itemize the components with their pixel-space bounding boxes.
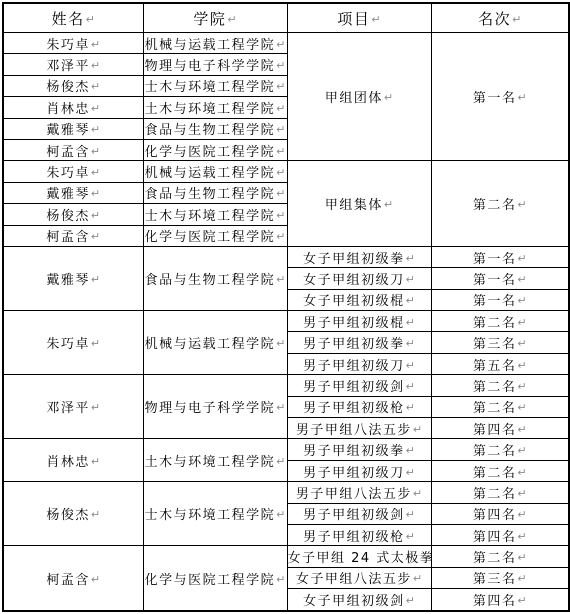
header-college: 学院↵ [143, 3, 287, 33]
pilcrow-mark: ↵ [276, 187, 285, 200]
header-event: 项目↵ [287, 3, 431, 33]
pilcrow-mark: ↵ [384, 91, 393, 104]
rank-text: 第二名 [473, 312, 517, 331]
college-cell: 机械与运载工程学院↵ [143, 311, 287, 375]
college-text: 土木与环境工程学院 [145, 98, 276, 117]
rank-cell: 第三名↵ [431, 332, 569, 353]
pilcrow-mark: ↵ [91, 337, 100, 350]
rank-text: 第四名 [473, 419, 517, 438]
table-row: 肖林忠↵ 土木与环境工程学院↵ 男子甲组初级拳↵ 第二名↵ [3, 439, 569, 460]
college-text: 食品与生物工程学院 [145, 269, 276, 288]
event-text: 男子甲组初级棍 [303, 312, 405, 331]
pilcrow-mark: ↵ [276, 80, 285, 93]
event-cell: 女子甲组初级刀↵ [287, 268, 431, 289]
event-cell: 女子甲组初级棍↵ [287, 289, 431, 310]
event-cell: 男子甲组初级枪↵ [287, 524, 431, 545]
pilcrow-mark: ↵ [91, 38, 100, 51]
rank-text: 第二名 [473, 194, 517, 213]
rank-cell: 第五名↵ [431, 353, 569, 374]
pilcrow-mark: ↵ [517, 380, 526, 393]
header-college-text: 学院 [193, 8, 226, 29]
rank-cell: 第二名↵ [431, 460, 569, 481]
rank-cell: 第二名↵ [431, 375, 569, 396]
rank-text: 第二名 [473, 376, 517, 395]
pilcrow-mark: ↵ [517, 594, 526, 607]
college-text: 士木与环境工程学院 [145, 504, 276, 523]
pilcrow-mark: ↵ [91, 187, 100, 200]
pilcrow-mark: ↵ [406, 273, 415, 286]
name-text: 杨俊杰 [46, 205, 90, 224]
name-text: 柯孟含 [46, 569, 90, 588]
rank-cell: 第二名↵ [431, 546, 569, 567]
pilcrow-mark: ↵ [91, 102, 100, 115]
pilcrow-mark: ↵ [276, 102, 285, 115]
pilcrow-mark: ↵ [406, 337, 415, 350]
pilcrow-mark: ↵ [276, 166, 285, 179]
name-text: 戴雅琴 [46, 183, 90, 202]
college-cell: 士木与环境工程学院↵ [143, 482, 287, 546]
college-cell: 化学与医院工程学院↵ [143, 139, 287, 160]
pilcrow-mark: ↵ [517, 316, 526, 329]
rank-cell: 第一名↵ [431, 246, 569, 267]
rank-text: 第一名 [473, 87, 517, 106]
event-text: 女子甲组初级棍 [303, 290, 405, 309]
college-cell: 物理与电子科学学院↵ [143, 54, 287, 75]
pilcrow-mark: ↵ [406, 294, 415, 307]
rank-text: 第二名 [473, 462, 517, 481]
college-text: 化学与医院工程学院 [145, 141, 276, 160]
rank-cell: 第一名↵ [431, 268, 569, 289]
pilcrow-mark: ↵ [276, 230, 285, 243]
table-row: 朱巧卓↵ 机械与运载工程学院↵ 甲组集体↵ 第二名↵ [3, 161, 569, 182]
college-cell: 士木与环境工程学院↵ [143, 75, 287, 96]
name-cell: 柯孟含↵ [3, 225, 143, 246]
name-cell: 杨俊杰↵ [3, 482, 143, 546]
pilcrow-mark: ↵ [91, 508, 100, 521]
pilcrow-mark: ↵ [517, 423, 526, 436]
pilcrow-mark: ↵ [406, 444, 415, 457]
results-table: 姓名↵ 学院↵ 项目↵ 名次↵ 朱巧卓↵ 机械与运载工程学院↵ 甲组团体↵ 第一… [2, 2, 570, 612]
pilcrow-mark: ↵ [384, 198, 393, 211]
table-row: 朱巧卓↵ 机械与运载工程学院↵ 男子甲组初级棍↵ 第二名↵ [3, 311, 569, 332]
name-text: 柯孟含 [46, 226, 90, 245]
pilcrow-mark: ↵ [91, 573, 100, 586]
event-cell: 男子甲组初级剑↵ [287, 375, 431, 396]
name-text: 肖林忠 [46, 98, 90, 117]
pilcrow-mark: ↵ [413, 572, 422, 585]
name-cell: 戴雅琴↵ [3, 182, 143, 203]
pilcrow-mark: ↵ [91, 145, 100, 158]
pilcrow-mark: ↵ [276, 38, 285, 51]
event-text: 女子甲组初级拳 [303, 248, 405, 267]
pilcrow-mark: ↵ [517, 508, 526, 521]
pilcrow-mark: ↵ [91, 209, 100, 222]
event-cell: 甲组集体↵ [287, 161, 431, 247]
event-cell: 男子甲组初级刀↵ [287, 460, 431, 481]
name-cell: 朱巧卓↵ [3, 33, 143, 54]
college-cell: 食品与生物工程学院↵ [143, 118, 287, 139]
name-cell: 柯孟含↵ [3, 546, 143, 611]
pilcrow-mark: ↵ [517, 487, 526, 500]
pilcrow-mark: ↵ [276, 123, 285, 136]
rank-text: 第四名 [473, 504, 517, 523]
pilcrow-mark: ↵ [406, 401, 415, 414]
pilcrow-mark: ↵ [91, 123, 100, 136]
name-cell: 邓泽平↵ [3, 375, 143, 439]
event-text: 男子甲组初级刀 [303, 462, 405, 481]
pilcrow-mark: ↵ [276, 145, 285, 158]
pilcrow-mark: ↵ [91, 273, 100, 286]
table-row: 邓泽平↵ 物理与电子科学学院↵ 男子甲组初级剑↵ 第二名↵ [3, 375, 569, 396]
header-name: 姓名↵ [3, 3, 143, 33]
rank-text: 第四名 [473, 526, 517, 545]
event-cell: 女子甲组 24 式太极拳↵ [287, 546, 431, 567]
pilcrow-mark: ↵ [91, 230, 100, 243]
event-text: 男子甲组初级拳 [303, 440, 405, 459]
rank-cell: 第二名↵ [431, 161, 569, 247]
college-cell: 士木与环境工程学院↵ [143, 204, 287, 225]
event-text: 男子甲组初级枪 [303, 397, 405, 416]
college-cell: 食品与生物工程学院↵ [143, 246, 287, 310]
pilcrow-mark: ↵ [276, 337, 285, 350]
college-cell: 食品与生物工程学院↵ [143, 182, 287, 203]
event-text: 女子甲组初级剑 [303, 590, 405, 609]
event-text: 甲组团体 [325, 87, 383, 106]
table-header-row: 姓名↵ 学院↵ 项目↵ 名次↵ [3, 3, 569, 33]
event-cell: 女子甲组八法五步↵ [287, 567, 431, 588]
event-cell: 男子甲组八法五步↵ [287, 482, 431, 503]
event-cell: 甲组团体↵ [287, 33, 431, 161]
college-text: 化学与医院工程学院 [145, 226, 276, 245]
name-cell: 戴雅琴↵ [3, 246, 143, 310]
event-text: 男子甲组八法五步 [296, 483, 412, 502]
event-cell: 男子甲组初级拳↵ [287, 332, 431, 353]
rank-text: 第五名 [473, 355, 517, 374]
pilcrow-mark: ↵ [406, 380, 415, 393]
college-text: 食品与生物工程学院 [145, 119, 276, 138]
pilcrow-mark: ↵ [406, 530, 415, 543]
rank-text: 第三名 [473, 568, 517, 587]
event-cell: 男子甲组初级剑↵ [287, 503, 431, 524]
header-rank: 名次↵ [431, 3, 569, 33]
rank-cell: 第四名↵ [431, 503, 569, 524]
rank-text: 第四名 [473, 590, 517, 609]
college-text: 机械与运载工程学院 [145, 34, 276, 53]
college-cell: 化学与医院工程学院↵ [143, 546, 287, 611]
name-text: 杨俊杰 [46, 76, 90, 95]
name-cell: 杨俊杰↵ [3, 204, 143, 225]
name-cell: 肖林忠↵ [3, 97, 143, 118]
name-cell: 戴雅琴↵ [3, 118, 143, 139]
event-text: 男子甲组初级剑 [303, 504, 405, 523]
pilcrow-mark: ↵ [406, 359, 415, 372]
college-text: 物理与电子科学学院 [145, 55, 276, 74]
event-text: 男子甲组初级拳 [303, 333, 405, 352]
name-cell: 柯孟含↵ [3, 139, 143, 160]
rank-text: 第二名 [473, 483, 517, 502]
name-text: 邓泽平 [46, 55, 90, 74]
rank-text: 第二名 [473, 440, 517, 459]
rank-text: 第三名 [473, 333, 517, 352]
name-text: 肖林忠 [46, 451, 90, 470]
name-cell: 朱巧卓↵ [3, 161, 143, 182]
name-text: 柯孟含 [46, 141, 90, 160]
header-name-text: 姓名 [52, 8, 85, 29]
college-text: 化学与医院工程学院 [145, 569, 276, 588]
rank-text: 第一名 [473, 269, 517, 288]
name-text: 朱巧卓 [46, 34, 90, 53]
pilcrow-mark: ↵ [406, 252, 415, 265]
header-event-text: 项目 [337, 8, 370, 29]
name-text: 戴雅琴 [46, 269, 90, 288]
rank-text: 第一名 [473, 248, 517, 267]
pilcrow-mark: ↵ [413, 487, 422, 500]
event-text: 男子甲组初级剑 [303, 376, 405, 395]
rank-cell: 第三名↵ [431, 567, 569, 588]
pilcrow-mark: ↵ [227, 13, 236, 26]
name-cell: 邓泽平↵ [3, 54, 143, 75]
pilcrow-mark: ↵ [86, 13, 95, 26]
name-text: 杨俊杰 [46, 504, 90, 523]
college-text: 机械与运载工程学院 [145, 333, 276, 352]
event-text: 男子甲组初级刀 [303, 355, 405, 374]
event-text: 女子甲组初级刀 [303, 269, 405, 288]
college-text: 物理与电子科学学院 [145, 397, 276, 416]
rank-cell: 第四名↵ [431, 524, 569, 545]
pilcrow-mark: ↵ [276, 455, 285, 468]
event-cell: 男子甲组初级拳↵ [287, 439, 431, 460]
pilcrow-mark: ↵ [276, 209, 285, 222]
name-text: 邓泽平 [46, 397, 90, 416]
pilcrow-mark: ↵ [406, 594, 415, 607]
college-cell: 化学与医院工程学院↵ [143, 225, 287, 246]
event-cell: 男子甲组初级刀↵ [287, 353, 431, 374]
event-cell: 女子甲组初级拳↵ [287, 246, 431, 267]
pilcrow-mark: ↵ [91, 455, 100, 468]
college-cell: 土木与环境工程学院↵ [143, 97, 287, 118]
pilcrow-mark: ↵ [276, 401, 285, 414]
pilcrow-mark: ↵ [406, 316, 415, 329]
table-row: 柯孟含↵ 化学与医院工程学院↵ 女子甲组 24 式太极拳↵ 第二名↵ [3, 546, 569, 567]
rank-cell: 第二名↵ [431, 439, 569, 460]
college-cell: 物理与电子科学学院↵ [143, 375, 287, 439]
pilcrow-mark: ↵ [91, 80, 100, 93]
name-cell: 朱巧卓↵ [3, 311, 143, 375]
pilcrow-mark: ↵ [406, 466, 415, 479]
pilcrow-mark: ↵ [406, 508, 415, 521]
pilcrow-mark: ↵ [371, 13, 380, 26]
pilcrow-mark: ↵ [517, 530, 526, 543]
pilcrow-mark: ↵ [517, 337, 526, 350]
rank-cell: 第四名↵ [431, 418, 569, 439]
table-row: 杨俊杰↵ 士木与环境工程学院↵ 男子甲组八法五步↵ 第二名↵ [3, 482, 569, 503]
rank-cell: 第一名↵ [431, 33, 569, 161]
college-text: 士木与环境工程学院 [145, 205, 276, 224]
pilcrow-mark: ↵ [91, 166, 100, 179]
event-text: 女子甲组八法五步 [296, 568, 412, 587]
name-text: 朱巧卓 [46, 162, 90, 181]
pilcrow-mark: ↵ [517, 359, 526, 372]
college-text: 士木与环境工程学院 [145, 76, 276, 95]
rank-cell: 第一名↵ [431, 289, 569, 310]
college-cell: 机械与运载工程学院↵ [143, 161, 287, 182]
name-text: 朱巧卓 [46, 333, 90, 352]
rank-cell: 第四名↵ [431, 589, 569, 611]
pilcrow-mark: ↵ [91, 59, 100, 72]
rank-text: 第二名 [473, 547, 517, 566]
name-text: 戴雅琴 [46, 119, 90, 138]
college-text: 机械与运载工程学院 [145, 162, 276, 181]
rank-text: 第二名 [473, 397, 517, 416]
header-rank-text: 名次 [478, 8, 511, 29]
pilcrow-mark: ↵ [276, 508, 285, 521]
pilcrow-mark: ↵ [517, 252, 526, 265]
pilcrow-mark: ↵ [517, 572, 526, 585]
event-text: 甲组集体 [325, 194, 383, 213]
pilcrow-mark: ↵ [517, 466, 526, 479]
name-cell: 肖林忠↵ [3, 439, 143, 482]
event-cell: 女子甲组初级剑↵ [287, 589, 431, 611]
rank-cell: 第二名↵ [431, 482, 569, 503]
rank-text: 第一名 [473, 290, 517, 309]
event-cell: 男子甲组八法五步↵ [287, 418, 431, 439]
pilcrow-mark: ↵ [276, 59, 285, 72]
college-text: 土木与环境工程学院 [145, 451, 276, 470]
table-row: 朱巧卓↵ 机械与运载工程学院↵ 甲组团体↵ 第一名↵ [3, 33, 569, 54]
college-text: 食品与生物工程学院 [145, 183, 276, 202]
event-text: 男子甲组初级枪 [303, 526, 405, 545]
pilcrow-mark: ↵ [517, 551, 526, 564]
event-cell: 男子甲组初级枪↵ [287, 396, 431, 417]
name-cell: 杨俊杰↵ [3, 75, 143, 96]
event-text: 男子甲组八法五步 [296, 419, 412, 438]
pilcrow-mark: ↵ [517, 91, 526, 104]
pilcrow-mark: ↵ [276, 273, 285, 286]
pilcrow-mark: ↵ [517, 294, 526, 307]
pilcrow-mark: ↵ [512, 13, 521, 26]
college-cell: 机械与运载工程学院↵ [143, 33, 287, 54]
pilcrow-mark: ↵ [517, 444, 526, 457]
event-cell: 男子甲组初级棍↵ [287, 311, 431, 332]
rank-cell: 第二名↵ [431, 396, 569, 417]
event-text: 女子甲组 24 式太极拳 [288, 547, 432, 566]
pilcrow-mark: ↵ [413, 423, 422, 436]
table-row: 戴雅琴↵ 食品与生物工程学院↵ 女子甲组初级拳↵ 第一名↵ [3, 246, 569, 267]
rank-cell: 第二名↵ [431, 311, 569, 332]
pilcrow-mark: ↵ [91, 401, 100, 414]
pilcrow-mark: ↵ [517, 273, 526, 286]
college-cell: 土木与环境工程学院↵ [143, 439, 287, 482]
pilcrow-mark: ↵ [517, 401, 526, 414]
pilcrow-mark: ↵ [517, 198, 526, 211]
pilcrow-mark: ↵ [276, 573, 285, 586]
